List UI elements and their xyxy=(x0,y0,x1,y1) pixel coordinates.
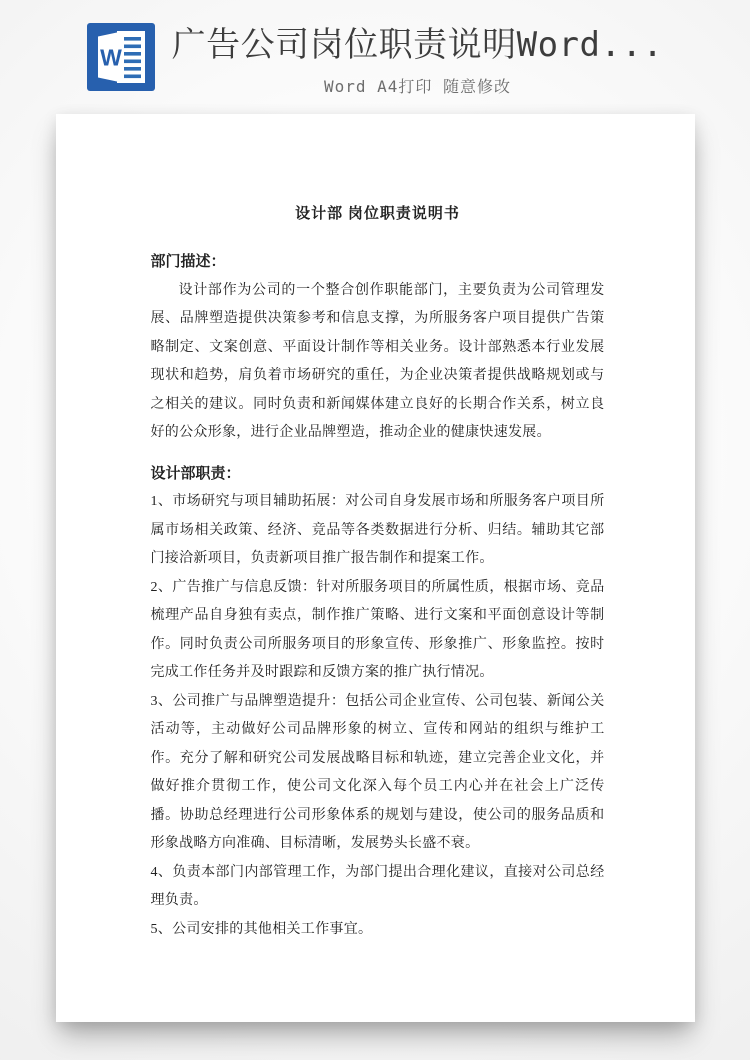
header-text-block: 广告公司岗位职责说明Word... Word A4打印 随意修改 xyxy=(172,23,664,97)
preview-header: W 广告公司岗位职责说明Word... Word A4打印 随意修改 xyxy=(0,0,750,114)
page-title: 广告公司岗位职责说明Word... xyxy=(172,23,664,67)
document-title: 设计部 岗位职责说明书 xyxy=(151,202,605,226)
section-heading-department-duties: 设计部职责： xyxy=(151,460,605,489)
section-heading-department-description: 部门描述： xyxy=(151,248,605,277)
department-description-paragraph: 设计部作为公司的一个整合创作职能部门，主要负责为公司管理发展、品牌塑造提供决策参… xyxy=(151,277,605,448)
duty-item-5: 5、公司安排的其他相关工作事宜。 xyxy=(151,916,605,945)
document-preview-area: 设计部 岗位职责说明书 部门描述： 设计部作为公司的一个整合创作职能部门，主要负… xyxy=(0,114,750,1022)
page-subtitle: Word A4打印 随意修改 xyxy=(324,74,511,97)
duty-item-1: 1、市场研究与项目辅助拓展：对公司自身发展市场和所服务客户项目所属市场相关政策、… xyxy=(151,488,605,574)
header-title-row: W 广告公司岗位职责说明Word... Word A4打印 随意修改 xyxy=(0,0,750,97)
document-page: 设计部 岗位职责说明书 部门描述： 设计部作为公司的一个整合创作职能部门，主要负… xyxy=(56,114,695,1022)
duty-item-4: 4、负责本部门内部管理工作，为部门提出合理化建议，直接对公司总经理负责。 xyxy=(151,859,605,916)
duty-item-3: 3、公司推广与品牌塑造提升：包括公司企业宣传、公司包装、新闻公关活动等，主动做好… xyxy=(151,688,605,859)
duty-item-2: 2、广告推广与信息反馈：针对所服务项目的所属性质，根据市场、竞品梳理产品自身独有… xyxy=(151,574,605,688)
word-logo-icon: W xyxy=(87,23,155,91)
svg-text:W: W xyxy=(100,45,122,71)
